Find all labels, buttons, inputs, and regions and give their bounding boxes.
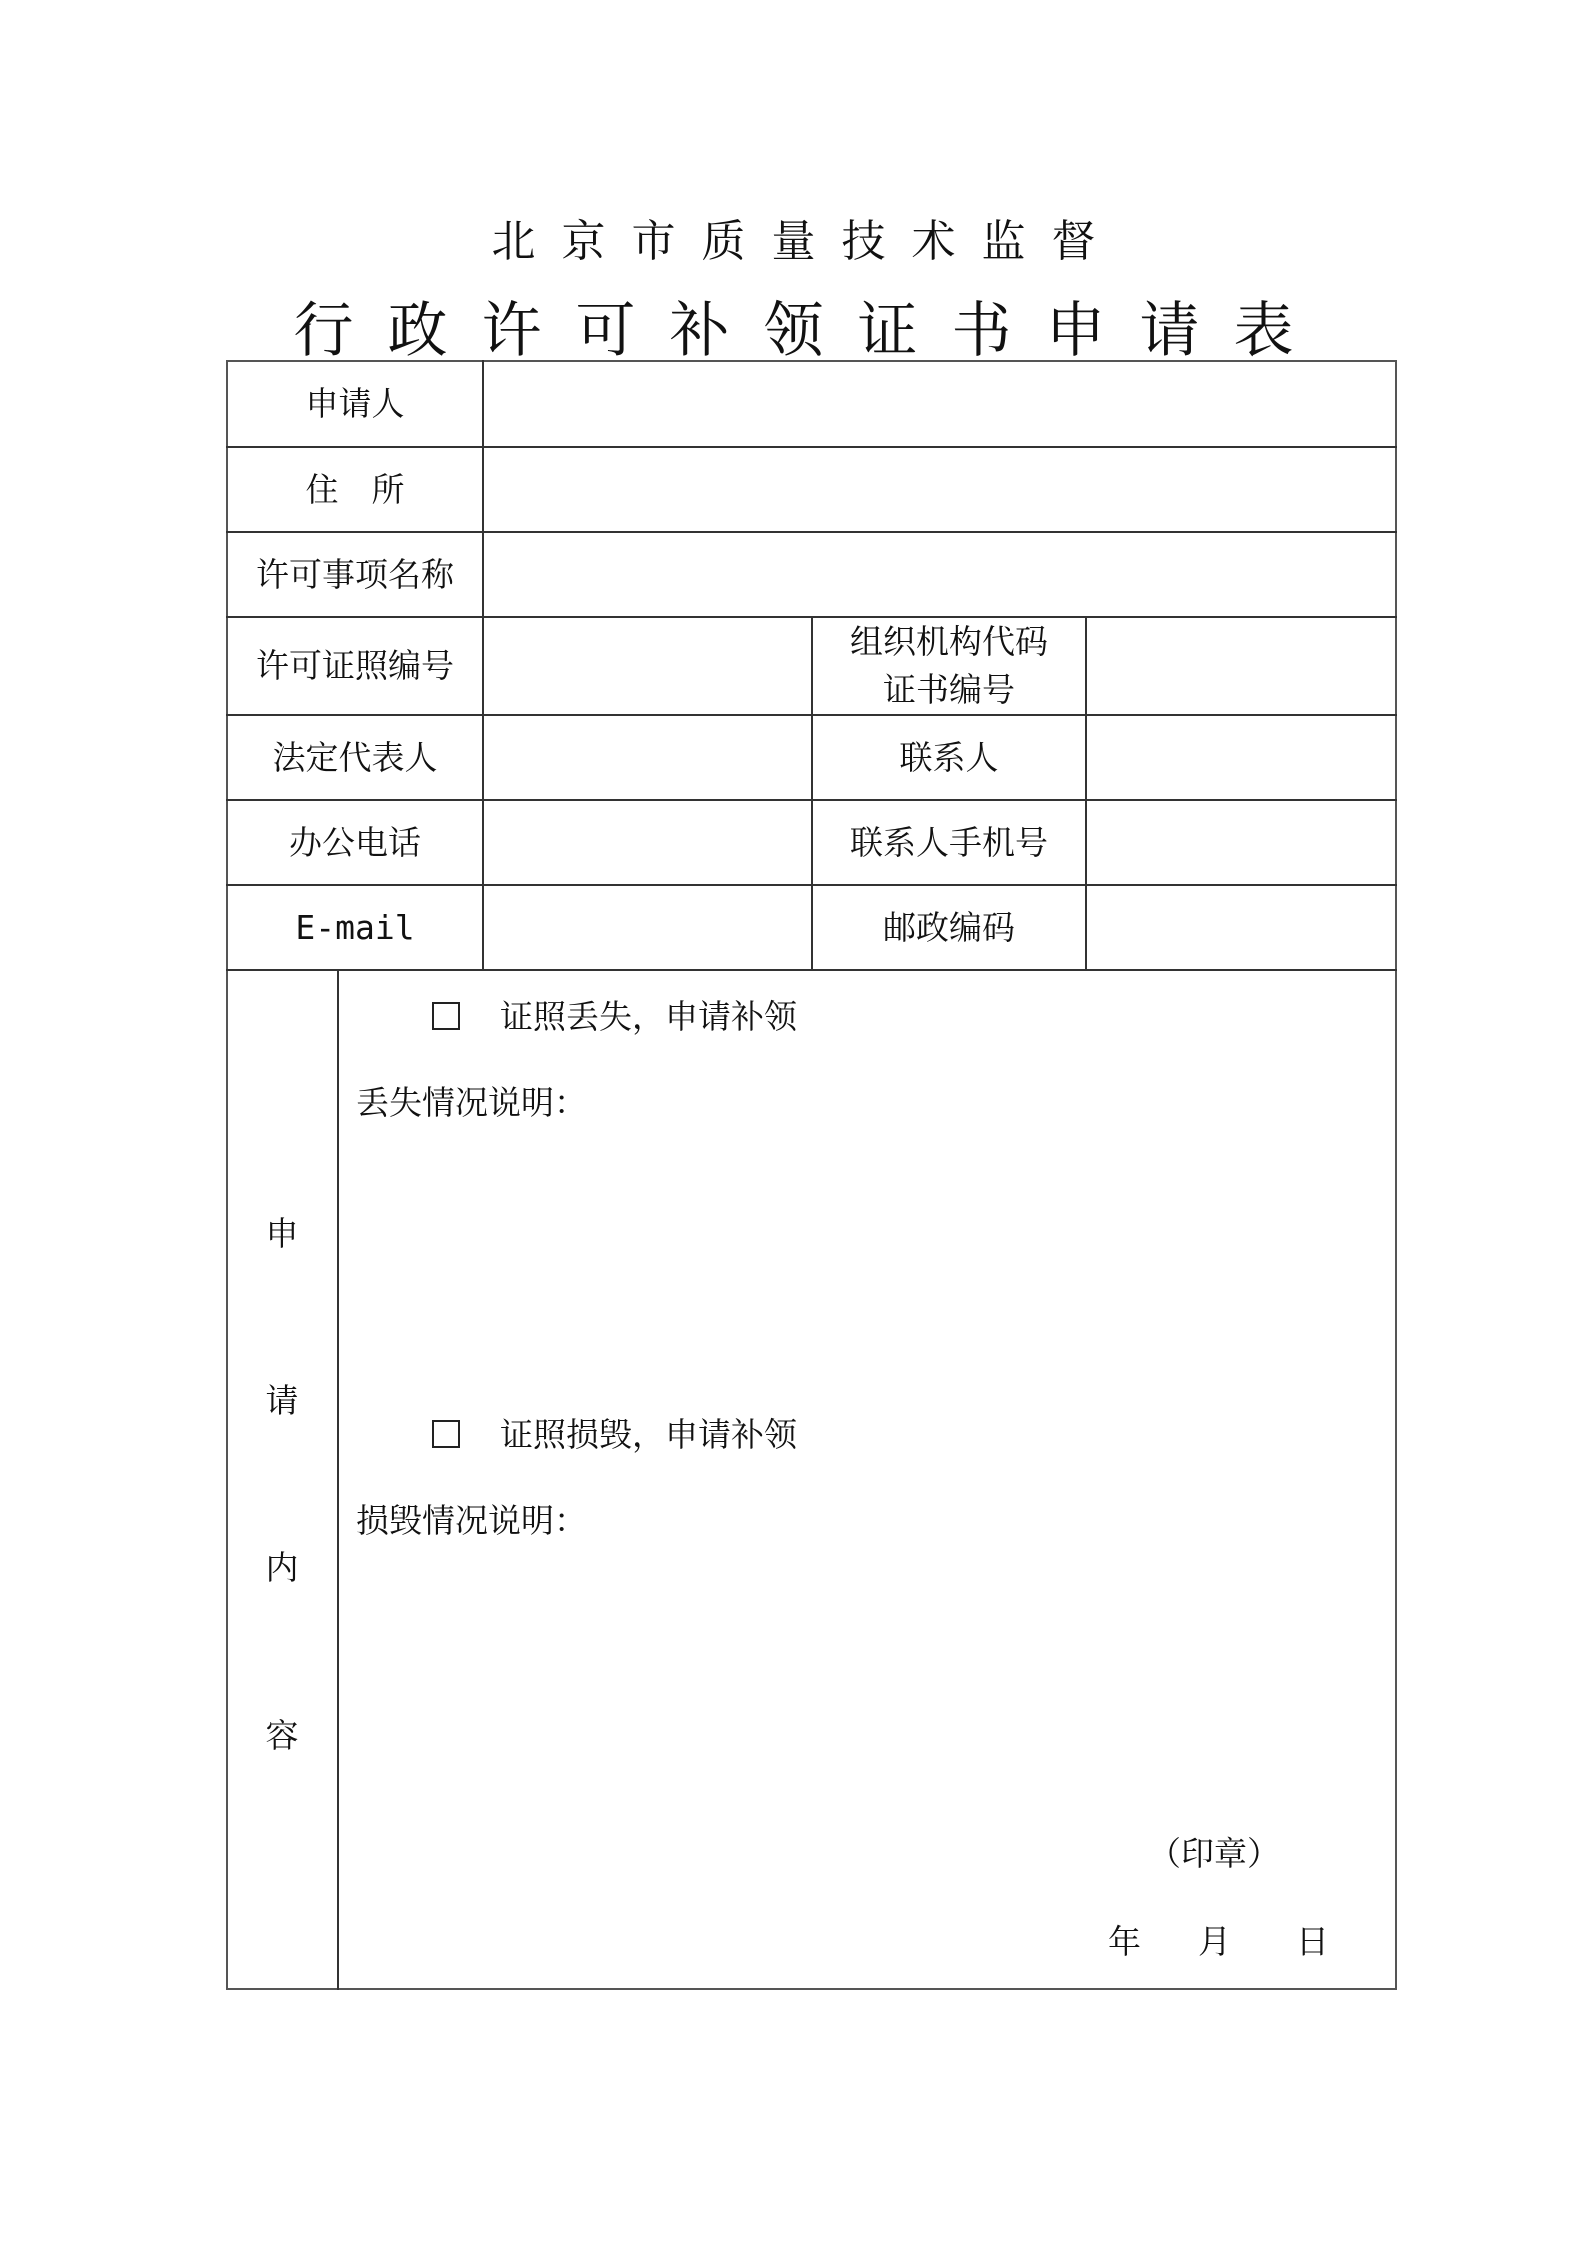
form-title-line2: 行政许可补领证书申请表 xyxy=(0,283,1587,369)
license-item-name-input[interactable] xyxy=(484,533,1395,616)
org-code-cert-number-label: 组织机构代码 证书编号 xyxy=(813,618,1085,714)
content-label-char: 请 xyxy=(226,1375,338,1422)
date-year-label: 年 xyxy=(1108,1916,1141,1963)
option-lost-label: 证照丢失，申请补领 xyxy=(500,997,797,1036)
contact-person-input[interactable] xyxy=(1087,716,1395,799)
contact-mobile-label: 联系人手机号 xyxy=(813,801,1085,884)
date-month-label: 月 xyxy=(1198,1916,1231,1963)
license-number-label: 许可证照编号 xyxy=(228,618,482,714)
license-number-input[interactable] xyxy=(484,618,811,714)
lost-note-input[interactable] xyxy=(356,1130,1376,1390)
office-phone-label: 办公电话 xyxy=(228,801,482,884)
seal-label: （印章） xyxy=(1148,1828,1280,1875)
applicant-input[interactable] xyxy=(484,362,1395,446)
contact-person-label: 联系人 xyxy=(813,716,1085,799)
content-label-char: 容 xyxy=(226,1710,338,1757)
option-damaged[interactable]: 证照损毁，申请补领 xyxy=(432,1409,797,1456)
checkbox-lost[interactable] xyxy=(432,1002,460,1030)
option-lost[interactable]: 证照丢失，申请补领 xyxy=(432,991,797,1038)
checkbox-damaged[interactable] xyxy=(432,1420,460,1448)
contact-mobile-input[interactable] xyxy=(1087,801,1395,884)
col-divider xyxy=(337,970,339,1990)
license-item-name-label: 许可事项名称 xyxy=(228,533,482,616)
content-label-char: 申 xyxy=(226,1208,338,1255)
damaged-note-input[interactable] xyxy=(356,1548,1376,1808)
form-title-line1: 北京市质量技术监督 xyxy=(0,205,1587,269)
content-label-char: 内 xyxy=(226,1542,338,1589)
applicant-label: 申请人 xyxy=(228,362,482,446)
address-input[interactable] xyxy=(484,448,1395,531)
postal-code-input[interactable] xyxy=(1087,886,1395,969)
org-code-cert-number-input[interactable] xyxy=(1087,618,1395,714)
email-label: E-mail xyxy=(228,886,482,969)
office-phone-input[interactable] xyxy=(484,801,811,884)
date-day-label: 日 xyxy=(1296,1916,1329,1963)
legal-representative-label: 法定代表人 xyxy=(228,716,482,799)
address-label: 住 所 xyxy=(228,448,482,531)
email-input[interactable] xyxy=(484,886,811,969)
lost-note-label: 丢失情况说明： xyxy=(356,1077,587,1124)
legal-representative-input[interactable] xyxy=(484,716,811,799)
option-damaged-label: 证照损毁，申请补领 xyxy=(500,1415,797,1454)
damaged-note-label: 损毁情况说明： xyxy=(356,1495,587,1542)
postal-code-label: 邮政编码 xyxy=(813,886,1085,969)
